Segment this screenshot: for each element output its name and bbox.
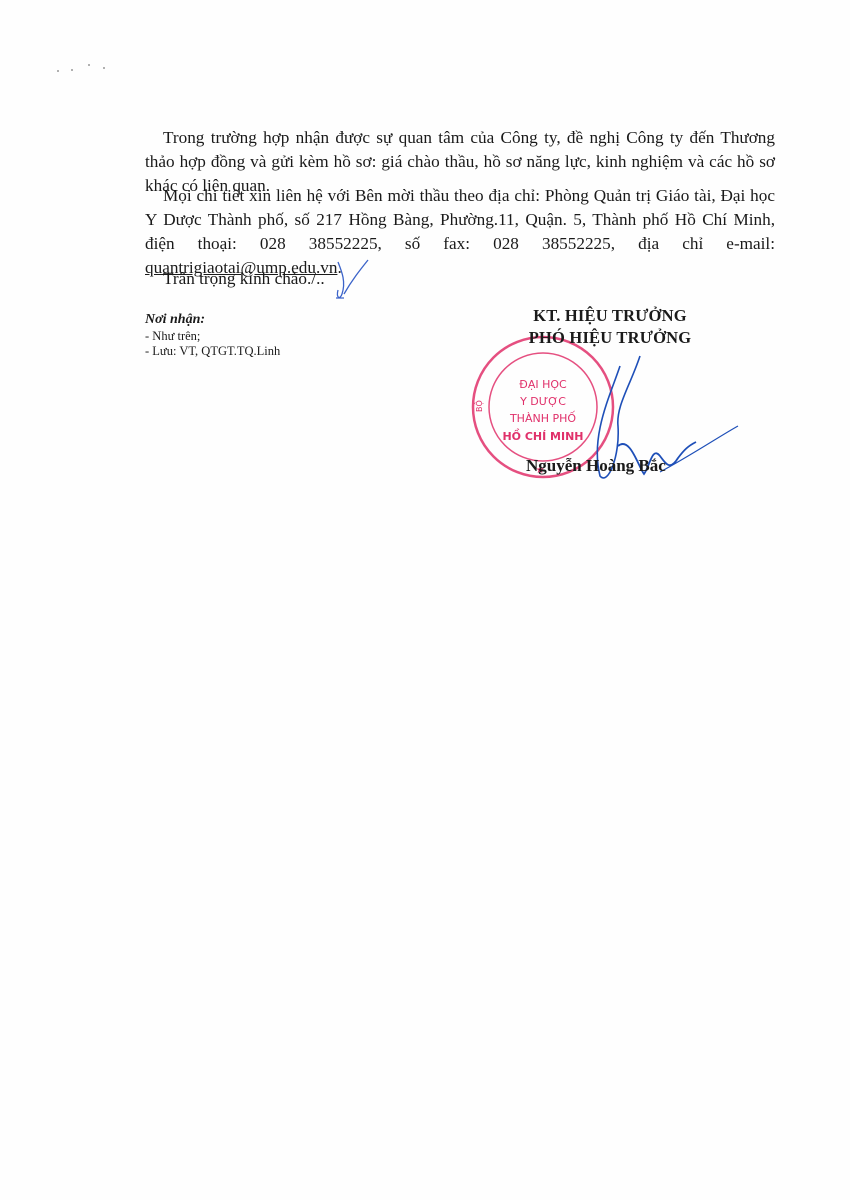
- recipients-title: Nơi nhận:: [145, 311, 280, 329]
- svg-text:BỘ: BỘ: [473, 400, 484, 412]
- signature-title-2: PHÓ HIỆU TRƯỞNG: [510, 328, 710, 348]
- recipients-block: Nơi nhận: - Như trên; - Lưu: VT, QTGT.TQ…: [145, 311, 280, 359]
- scan-specks: [55, 60, 115, 80]
- contact-text: Mọi chi tiết xin liên hệ với Bên mời thầ…: [145, 186, 775, 253]
- initial-mark-icon: [332, 258, 372, 304]
- recipient-item: - Lưu: VT, QTGT.TQ.Linh: [145, 344, 280, 359]
- signer-name: Nguyễn Hoàng Bắc: [526, 456, 666, 476]
- document-page: Trong trường hợp nhận được sự quan tâm c…: [0, 0, 850, 1200]
- greeting: Trân trọng kính chào./..: [163, 269, 325, 289]
- signature-title-1: KT. HIỆU TRƯỞNG: [510, 306, 710, 326]
- paragraph-contact: Mọi chi tiết xin liên hệ với Bên mời thầ…: [145, 184, 775, 280]
- recipient-item: - Như trên;: [145, 329, 280, 344]
- signature-block: ĐẠI HỌC Y DƯỢC THÀNH PHỐ HỒ CHÍ MINH BỘ …: [480, 306, 730, 496]
